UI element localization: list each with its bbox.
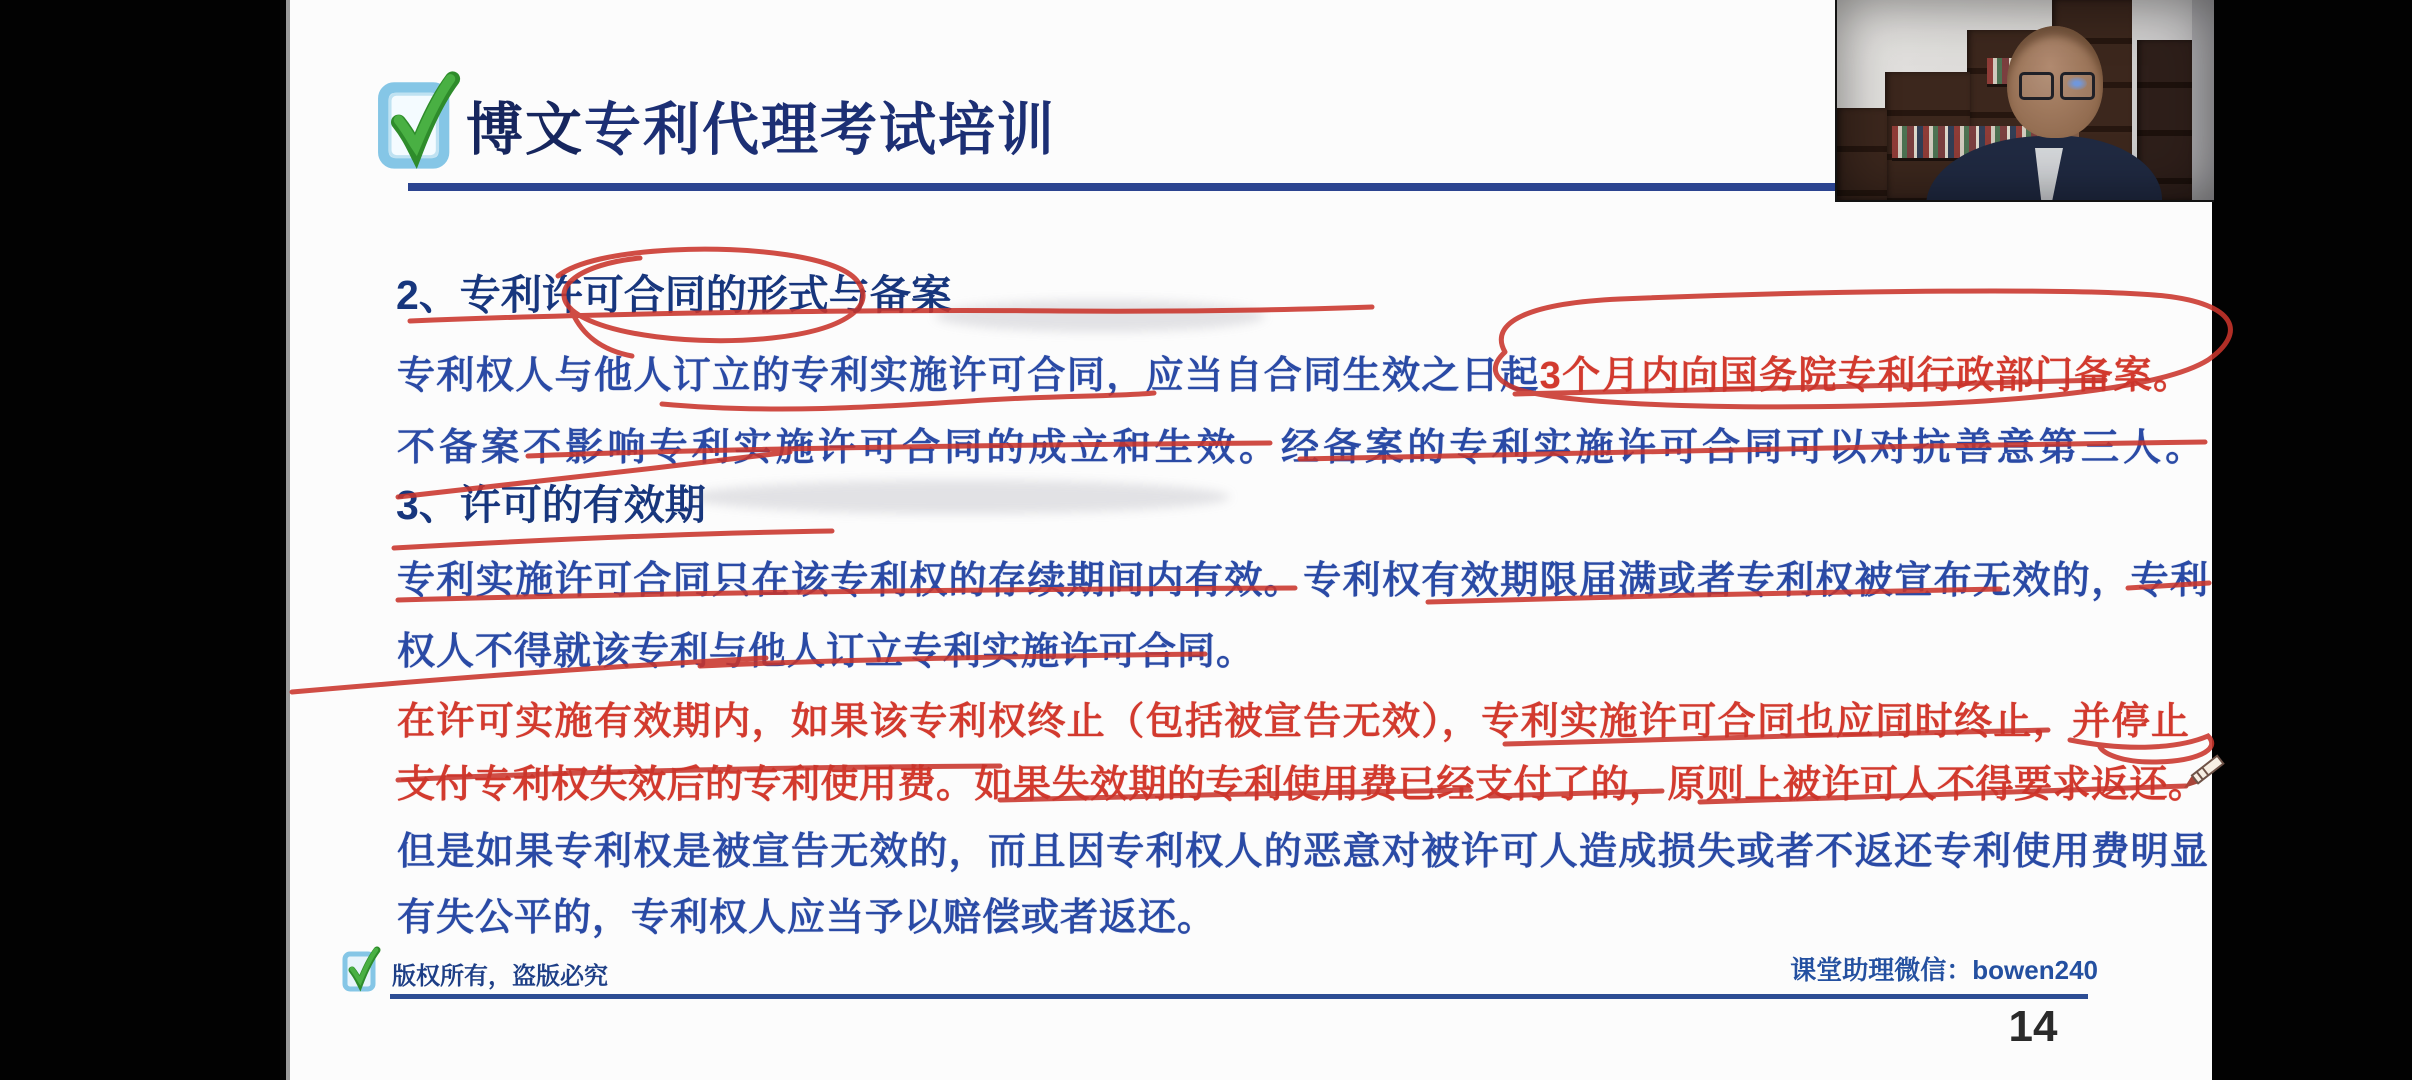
section-2-heading: 2、专利许可合同的形式与备案: [396, 262, 952, 321]
brand-title-rest: 专利代理考试培训: [584, 98, 1056, 162]
section-2-line-2: 不备案不影响专利实施许可合同的成立和生效。经备案的专利实施许可合同可以对抗善意第…: [397, 416, 2207, 471]
erased-pen-smudge: [935, 300, 1265, 332]
section-3-red-line-2: 支付专利权失效后的专利使用费。如果失效期的专利使用费已经支付了的，原则上被许可人…: [397, 753, 2207, 808]
section-2-line-1-red: 3个月内向国务院专利行政部门备案。: [1540, 355, 2193, 397]
copyright-notice: 版权所有，盗版必究: [392, 956, 608, 991]
brand-title-bold: 博文: [466, 98, 584, 162]
erased-pen-smudge: [690, 480, 1230, 514]
section-3-line-3: 但是如果专利权是被宣告无效的，而且因专利权人的恶意对被许可人造成损失或者不返还专…: [397, 820, 2209, 875]
page-number: 14: [1988, 1002, 2078, 1052]
brand-checkbox-logo-icon: [372, 66, 464, 174]
section-3-line-2: 权人不得就该专利与他人订立专利实施许可合同。: [397, 620, 1255, 675]
webcam-vignette: [1837, 0, 2214, 200]
presenter-webcam-video[interactable]: [1835, 0, 2214, 202]
section-3-red-line-1: 在许可实施有效期内，如果该专利权终止（包括被宣告无效），专利实施许可合同也应同时…: [397, 690, 2190, 745]
brand-title: 博文专利代理考试培训: [466, 84, 1056, 166]
footer-divider-rule: [390, 994, 2088, 999]
footer-checkbox-logo-icon: [340, 944, 382, 994]
assistant-wechat-contact: 课堂助理微信：bowen240: [1600, 950, 2098, 987]
section-2-line-1-blue: 专利权人与他人订立的专利实施许可合同，应当自合同生效之日起: [397, 355, 1540, 397]
section-3-line-4: 有失公平的，专利权人应当予以赔偿或者返还。: [397, 886, 1216, 941]
video-frame: 博文专利代理考试培训 2、专利许可合同的形式与备案 专利权人与他人订立的专利实施…: [0, 0, 2412, 1080]
section-2-line-1: 专利权人与他人订立的专利实施许可合同，应当自合同生效之日起3个月内向国务院专利行…: [397, 344, 2193, 399]
section-3-line-1: 专利实施许可合同只在该专利权的存续期间内有效。专利权有效期限届满或者专利权被宣布…: [397, 549, 2209, 604]
slide-left-edge: [286, 0, 290, 1080]
section-3-heading: 3、许可的有效期: [396, 472, 706, 531]
